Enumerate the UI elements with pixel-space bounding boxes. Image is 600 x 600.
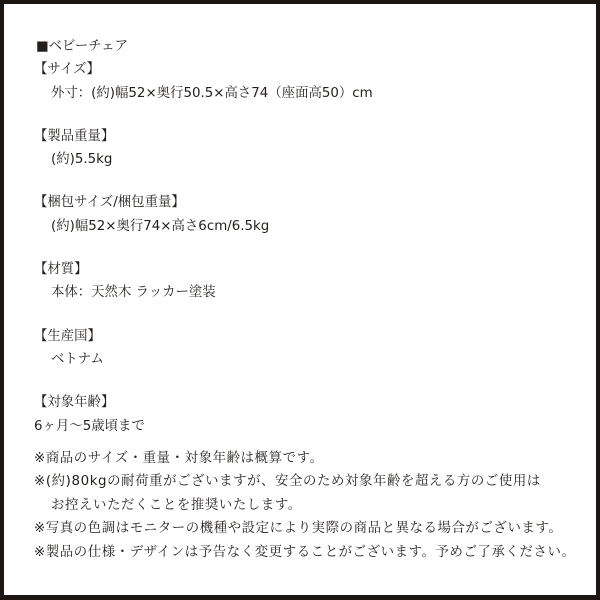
spacer [34, 371, 590, 391]
section-value: (約)幅52×奥行74×高さ6cm/6.5kg [34, 215, 590, 238]
note-item: ※(約)80kgの耐荷重がございますが、安全のため対象年齢を超える方のご使用は [34, 470, 590, 494]
section-value: 6ヶ月〜5歳頃まで [34, 415, 590, 438]
spacer [34, 305, 590, 325]
page-frame: ■ベビーチェア 【サイズ】 外寸：(約)幅52×奥行50.5×高さ74（座面高5… [0, 0, 600, 600]
section-heading: 【対象年齢】 [34, 391, 590, 414]
note-item: ※商品のサイズ・重量・対象年齢は概算です。 [34, 447, 590, 471]
section-heading: 【材質】 [34, 258, 590, 281]
section-value: 外寸：(約)幅52×奥行50.5×高さ74（座面高50）cm [34, 82, 590, 105]
note-item: ※製品の仕様・デザインは予告なく変更することがございます。予めご了承ください。 [34, 541, 590, 565]
section-target-age: 【対象年齢】 6ヶ月〜5歳頃まで [34, 391, 590, 438]
section-heading: 【製品重量】 [34, 125, 590, 148]
section-heading: 【サイズ】 [34, 58, 590, 81]
section-origin: 【生産国】 ベトナム [34, 325, 590, 372]
note-item: ※写真の色調はモニターの機種や設定により実際の商品と異なる場合がございます。 [34, 517, 590, 541]
spacer [34, 105, 590, 125]
section-package: 【梱包サイズ/梱包重量】 (約)幅52×奥行74×高さ6cm/6.5kg [34, 191, 590, 238]
section-heading: 【梱包サイズ/梱包重量】 [34, 191, 590, 214]
notes-list: ※商品のサイズ・重量・対象年齢は概算です。 ※(約)80kgの耐荷重がございます… [34, 447, 590, 565]
section-size: 【サイズ】 外寸：(約)幅52×奥行50.5×高さ74（座面高50）cm [34, 58, 590, 105]
product-title: ■ベビーチェア [34, 35, 590, 58]
note-item-continuation: お控えいただくことを推奨いたします。 [34, 494, 590, 518]
spec-document: ■ベビーチェア 【サイズ】 外寸：(約)幅52×奥行50.5×高さ74（座面高5… [34, 35, 590, 564]
spacer [34, 238, 590, 258]
section-value: (約)5.5kg [34, 148, 590, 171]
section-product-weight: 【製品重量】 (約)5.5kg [34, 125, 590, 172]
section-value: ベトナム [34, 348, 590, 371]
section-value: 本体：天然木 ラッカー塗装 [34, 281, 590, 304]
section-material: 【材質】 本体：天然木 ラッカー塗装 [34, 258, 590, 305]
spacer [34, 171, 590, 191]
section-heading: 【生産国】 [34, 325, 590, 348]
